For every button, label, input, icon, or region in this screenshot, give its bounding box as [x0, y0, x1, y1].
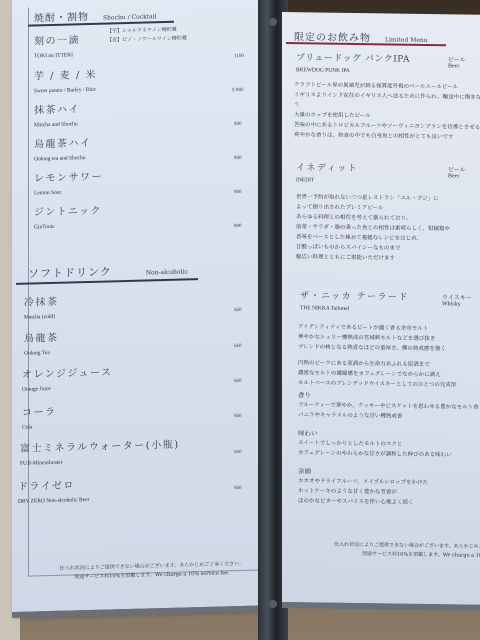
section-title-en: Non-alcoholic — [146, 268, 188, 276]
item-name-jp: ザ・ニッカ テーラード — [300, 288, 409, 303]
item-category: ビール Beer — [448, 54, 466, 69]
category-en: Beer — [448, 173, 466, 179]
item-name-jp: イネディット — [296, 160, 358, 174]
tasting-notes: 香り フルーティーで華やか、クッキーやビスケットを思わせる豊かなモルト香 バニラ… — [298, 390, 480, 509]
item-name-en: TOKI no ITTEKI — [34, 52, 80, 59]
item-price: 880 — [234, 190, 242, 195]
desc-line: モルトベースのブレンデッドウイスキーとしてのひとつの完成形 — [298, 378, 480, 391]
item-name-jp: ドライゼロ — [18, 476, 89, 493]
desc-line: 幅広い料理とともにご堪能いただけます — [296, 252, 480, 265]
menu-item: 烏龍茶ハイ Oolong tea and Shochu — [34, 134, 92, 163]
item-name-jp: 烏龍茶ハイ — [34, 134, 92, 151]
item-name-jp: オレンジジュース — [22, 363, 113, 380]
item-name-jp: コーラ — [22, 403, 57, 419]
binder-ring — [269, 18, 277, 26]
item-name-en: Matcha and Shochu — [34, 121, 80, 128]
item-price: 660 — [234, 414, 242, 419]
binder-ring — [269, 600, 277, 608]
desc-line: ほのかなビターやスパイスを伴い心地よく続く — [298, 496, 480, 509]
menu-item: ザ・ニッカ テーラード THE NIKKA Tailored — [300, 288, 409, 313]
item-price: S 880 — [232, 88, 244, 93]
item-name-jp: 抹茶ハイ — [34, 100, 80, 116]
section-title-jp: ソフトドリンク — [28, 263, 112, 281]
category-jp: ウイスキー — [442, 292, 472, 301]
menu-item: レモンサワー Lemon Sour — [34, 168, 103, 197]
item-name-jp: ブリュードッグ パンクIPA — [296, 50, 410, 65]
right-menu-page: 限定のお飲み物 Limited Menu ブリュードッグ パンクIPA BREW… — [282, 12, 480, 611]
item-price: 660 — [234, 344, 242, 349]
section-title-jp: 焼酎・割物 — [34, 8, 89, 24]
item-price: 660 — [234, 379, 242, 384]
menu-item: コーラ Cola — [22, 403, 57, 431]
item-name-en: Oolong Tea — [24, 350, 59, 357]
item-name-en: Matcha (cold) — [24, 314, 59, 321]
item-category: ビール Beer — [448, 164, 466, 179]
item-name-en: THE NIKKA Tailored — [300, 305, 409, 313]
category-en: Beer — [448, 63, 466, 69]
item-name-jp: 富士ミネラルウォーター(小瓶) — [20, 436, 180, 455]
item-description: アイデンティティであるピートが濃く香る余市モルト 華やかなシェリー樽熟成の宮城峡… — [298, 322, 480, 391]
menu-item: 冷抹茶 Matcha (cold) — [24, 293, 59, 321]
category-jp: ビール — [448, 54, 466, 63]
item-price: 660 — [234, 450, 242, 455]
menu-item: イネディット INEDIT — [296, 160, 358, 184]
item-price: 880 — [234, 122, 242, 127]
item-category: ウイスキー Whisky — [442, 292, 472, 307]
section-title-en: Shochu / Cocktail — [103, 13, 157, 21]
item-name-jp: 冷抹茶 — [24, 293, 59, 309]
item-notes: 【芋】シャルドネワイン樽貯蔵 【麦】ピノ・ノワールワイン樽貯蔵 — [107, 25, 187, 45]
item-price: 880 — [234, 156, 242, 161]
menu-item: 抹茶ハイ Matcha and Shochu — [34, 100, 80, 128]
desc-line: イギリスよりインド在住のイギリス人へ送るために作られ、輸送中に傷まないよう — [294, 90, 480, 113]
item-name-en: Cola — [22, 424, 57, 431]
item-name-jp: 烏龍茶 — [24, 329, 59, 345]
note-line: 別途サービス料10%を頂戴します。We charge a 10 — [334, 550, 480, 561]
service-fee-note: 仕入れ状況によりご提供できない場合がございます。あらかじめご 別途サービス料10… — [334, 541, 480, 561]
item-price: 660 — [234, 308, 242, 313]
desc-line: 爽やかな香りは、和食の中でも白身魚との相性がとても良いです — [294, 130, 480, 143]
item-price: 1100 — [234, 54, 244, 59]
menu-item: 富士ミネラルウォーター(小瓶) FUJI-Mineralwater — [20, 436, 180, 467]
menu-item: 刻の一滴 TOKI no ITTEKI — [34, 31, 80, 59]
service-fee-note: 仕入れ状況によりご提供できない場合がございます。あらかじめご了承ください。 別途… — [52, 560, 252, 583]
item-name-en: INEDIT — [296, 177, 358, 184]
item-price: 660 — [234, 486, 242, 491]
menu-item: 烏龍茶 Oolong Tea — [24, 329, 59, 357]
item-description: クラフトビール界の異端児が到る採算度外視のペールエールビール イギリスよりインド… — [294, 80, 480, 143]
item-name-jp: 芋 / 麦 / 米 — [34, 66, 97, 83]
menu-item: オレンジジュース Orange Juice — [22, 363, 113, 392]
category-jp: ビール — [448, 164, 466, 173]
item-name-jp: レモンサワー — [34, 168, 103, 185]
left-menu-page: 焼酎・割物 Shochu / Cocktail 刻の一滴 TOKI no ITT… — [12, 0, 260, 618]
item-price: 880 — [234, 224, 242, 229]
item-name-jp: ジントニック — [34, 202, 102, 219]
menu-item: ブリュードッグ パンクIPA BREWDOG PUNK IPA — [296, 50, 410, 75]
item-name-en: BREWDOG PUNK IPA — [296, 67, 410, 75]
item-description: 世界一予約が取れない三つ星レストラン「エル・ブジ」に よって創り出されたプレミア… — [296, 192, 480, 265]
menu-item: 芋 / 麦 / 米 Sweet potato / Barley / Rice — [34, 66, 97, 95]
menu-item: ドライゼロ DRY ZERO Non-alcoholic Beer — [18, 476, 89, 505]
category-en: Whisky — [442, 301, 472, 307]
item-name-jp: 刻の一滴 — [34, 31, 80, 47]
menu-item: ジントニック GinTonic — [34, 202, 102, 231]
